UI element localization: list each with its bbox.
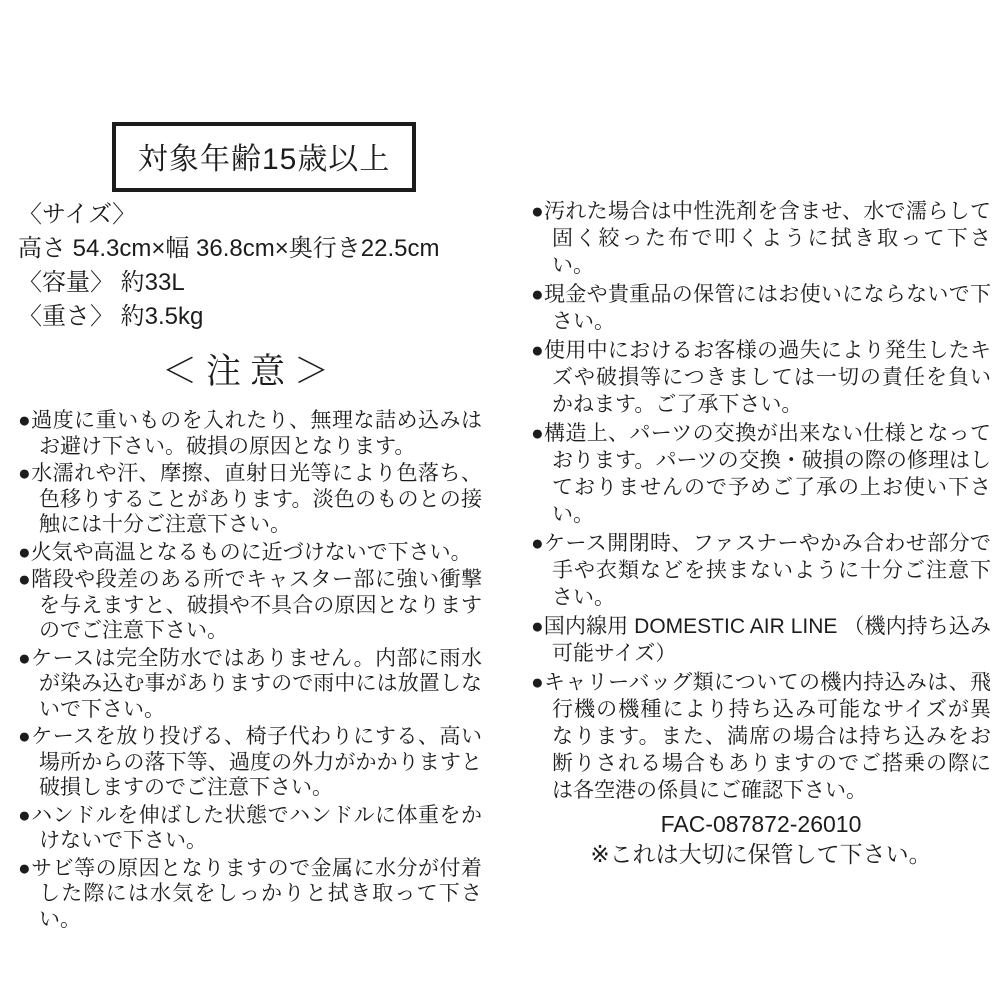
- caution-item: ●ハンドルを伸ばした状態でハンドルに体重をかけないで下さい。: [18, 803, 482, 854]
- caution-item: ●ケースは完全防水ではありません。内部に雨水が染み込む事がありますので雨中には放…: [18, 646, 482, 723]
- caution-list-right: ●汚れた場合は中性洗剤を含ませ、水で濡らして固く絞った布で叩くように拭き取って下…: [531, 198, 991, 804]
- caution-item: ●国内線用 DOMESTIC AIR LINE （機内持ち込み可能サイズ）: [531, 613, 991, 667]
- left-column: 〈サイズ〉 高さ 54.3cm×幅 36.8cm×奥行き22.5cm 〈容量〉 …: [18, 198, 482, 934]
- product-code: FAC-087872-26010: [531, 810, 991, 839]
- spec-list: 〈サイズ〉 高さ 54.3cm×幅 36.8cm×奥行き22.5cm 〈容量〉 …: [18, 198, 482, 334]
- caution-item: ●ケース開閉時、ファスナーやかみ合わせ部分で手や衣類などを挟まないように十分ご注…: [531, 530, 991, 611]
- caution-sheet-page: 対象年齢15歳以上 〈サイズ〉 高さ 54.3cm×幅 36.8cm×奥行き22…: [0, 0, 1000, 1000]
- caution-item: ●サビ等の原因となりますので金属に水分が付着した際には水気をしっかりと拭き取って…: [18, 856, 482, 933]
- caution-item: ●ケースを放り投げる、椅子代わりにする、高い場所からの落下等、過度の外力がかかり…: [18, 724, 482, 801]
- caution-item: ●使用中におけるお客様の過失により発生したキズや破損等につきましては一切の責任を…: [531, 337, 991, 418]
- caution-heading: ＜注意＞: [18, 344, 482, 394]
- keep-this-note: ※これは大切に保管して下さい。: [531, 839, 991, 869]
- age-limit-box: 対象年齢15歳以上: [112, 122, 416, 192]
- caution-item: ●構造上、パーツの交換が出来ない仕様となっております。パーツの交換・破損の際の修…: [531, 420, 991, 528]
- caution-item: ●汚れた場合は中性洗剤を含ませ、水で濡らして固く絞った布で叩くように拭き取って下…: [531, 198, 991, 279]
- caution-item: ●キャリーバッグ類についての機内持込みは、飛行機の機種により持ち込み可能なサイズ…: [531, 669, 991, 804]
- spec-size-label: 〈サイズ〉: [18, 198, 482, 232]
- spec-weight: 〈重さ〉 約3.5kg: [18, 300, 482, 334]
- caution-item: ●現金や貴重品の保管にはお使いにならないで下さい。: [531, 281, 991, 335]
- right-column: ●汚れた場合は中性洗剤を含ませ、水で濡らして固く絞った布で叩くように拭き取って下…: [531, 198, 991, 869]
- caution-item: ●過度に重いものを入れたり、無理な詰め込みはお避け下さい。破損の原因となります。: [18, 408, 482, 459]
- caution-item: ●水濡れや汗、摩擦、直射日光等により色落ち、色移りすることがあります。淡色のもの…: [18, 461, 482, 538]
- spec-size-value: 高さ 54.3cm×幅 36.8cm×奥行き22.5cm: [18, 232, 482, 266]
- caution-item: ●火気や高温となるものに近づけないで下さい。: [18, 540, 482, 566]
- caution-item: ●階段や段差のある所でキャスター部に強い衝撃を与えますと、破損や不具合の原因とな…: [18, 567, 482, 644]
- spec-capacity: 〈容量〉 約33L: [18, 266, 482, 300]
- caution-list-left: ●過度に重いものを入れたり、無理な詰め込みはお避け下さい。破損の原因となります。…: [18, 408, 482, 932]
